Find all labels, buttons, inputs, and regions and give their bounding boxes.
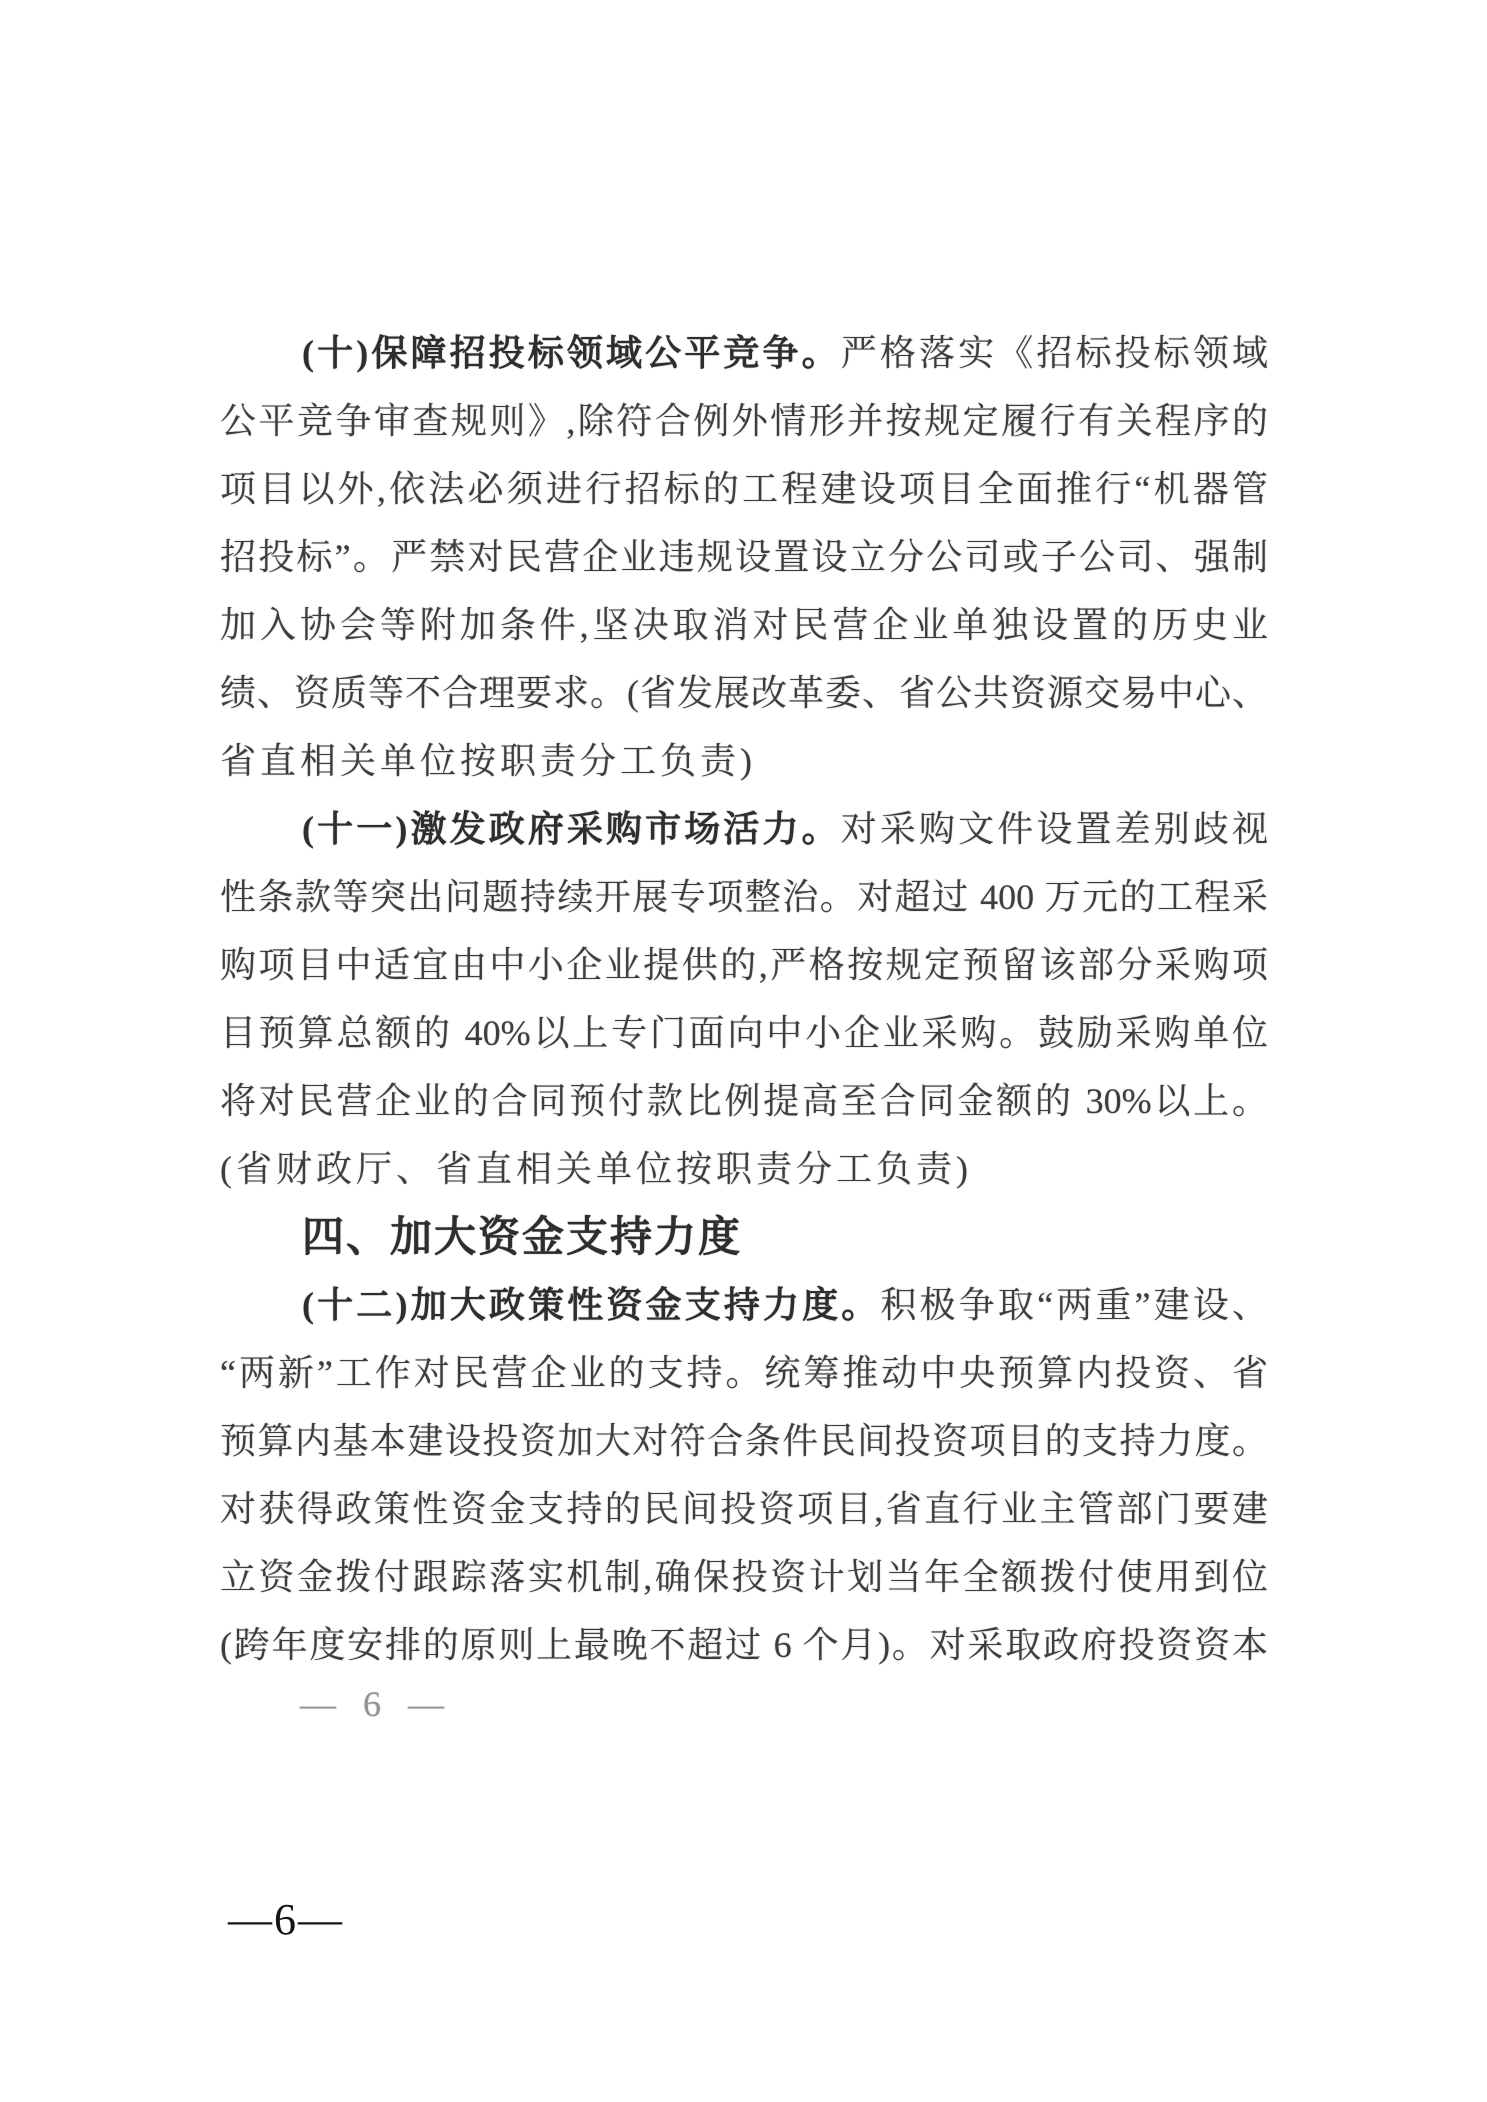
text-line: (十一)激发政府采购市场活力。对采购文件设置差别歧视: [220, 795, 1268, 863]
body-text: 招投标”。严禁对民营企业违规设置设立分公司或子公司、强制: [220, 537, 1268, 577]
section-heading: 四、加大资金支持力度: [220, 1203, 1268, 1271]
body-text: 将对民营企业的合同预付款比例提高至合同金额的 30%以上。: [220, 1081, 1268, 1121]
footer-page-number: —6—: [228, 1896, 344, 1944]
text-line: 加入协会等附加条件,坚决取消对民营企业单独设置的历史业: [220, 591, 1268, 659]
text-line: 绩、资质等不合理要求。(省发展改革委、省公共资源交易中心、: [220, 659, 1268, 727]
body-text: “两新”工作对民营企业的支持。统筹推动中央预算内投资、省: [220, 1353, 1268, 1393]
text-line: 预算内基本建设投资加大对符合条件民间投资项目的支持力度。: [220, 1407, 1268, 1475]
text-line: 公平竞争审查规则》,除符合例外情形并按规定履行有关程序的: [220, 387, 1268, 455]
text-block: (十)保障招投标领域公平竞争。严格落实《招标投标领域公平竞争审查规则》,除符合例…: [220, 319, 1268, 1679]
body-text: 省直相关单位按职责分工负责): [220, 741, 756, 781]
bold-lead-text: (十)保障招投标领域公平竞争。: [302, 333, 841, 373]
body-text: 公平竞争审查规则》,除符合例外情形并按规定履行有关程序的: [220, 401, 1268, 441]
body-text: 积极争取“两重”建设、: [880, 1285, 1268, 1325]
text-line: 目预算总额的 40%以上专门面向中小企业采购。鼓励采购单位: [220, 999, 1268, 1067]
text-line: 招投标”。严禁对民营企业违规设置设立分公司或子公司、强制: [220, 523, 1268, 591]
body-text: 对采购文件设置差别歧视: [841, 809, 1268, 849]
text-line: 立资金拨付跟踪落实机制,确保投资计划当年全额拨付使用到位: [220, 1543, 1268, 1611]
bold-lead-text: (十二)加大政策性资金支持力度。: [302, 1285, 880, 1325]
text-line: 项目以外,依法必须进行招标的工程建设项目全面推行“机器管: [220, 455, 1268, 523]
body-text: 严格落实《招标投标领域: [841, 333, 1268, 373]
body-text: (跨年度安排的原则上最晚不超过 6 个月)。对采取政府投资资本: [220, 1625, 1268, 1665]
text-line: (十二)加大政策性资金支持力度。积极争取“两重”建设、: [220, 1271, 1268, 1339]
body-text: 项目以外,依法必须进行招标的工程建设项目全面推行“机器管: [220, 469, 1268, 509]
text-line: 对获得政策性资金支持的民间投资项目,省直行业主管部门要建: [220, 1475, 1268, 1543]
body-text: 立资金拨付跟踪落实机制,确保投资计划当年全额拨付使用到位: [220, 1557, 1268, 1597]
scan-page-number: — 6 —: [300, 1684, 444, 1724]
body-text: 购项目中适宜由中小企业提供的,严格按规定预留该部分采购项: [220, 945, 1268, 985]
text-line: (十)保障招投标领域公平竞争。严格落实《招标投标领域: [220, 319, 1268, 387]
body-text: 性条款等突出问题持续开展专项整治。对超过 400 万元的工程采: [220, 877, 1268, 917]
text-line: (省财政厅、省直相关单位按职责分工负责): [220, 1135, 1268, 1203]
body-text: 预算内基本建设投资加大对符合条件民间投资项目的支持力度。: [220, 1421, 1268, 1461]
text-line: “两新”工作对民营企业的支持。统筹推动中央预算内投资、省: [220, 1339, 1268, 1407]
document-page: (十)保障招投标领域公平竞争。严格落实《招标投标领域公平竞争审查规则》,除符合例…: [0, 0, 1487, 2102]
bold-lead-text: 四、加大资金支持力度: [302, 1213, 742, 1260]
text-line: 省直相关单位按职责分工负责): [220, 727, 1268, 795]
body-text: 加入协会等附加条件,坚决取消对民营企业单独设置的历史业: [220, 605, 1268, 645]
text-line: 将对民营企业的合同预付款比例提高至合同金额的 30%以上。: [220, 1067, 1268, 1135]
body-text: 目预算总额的 40%以上专门面向中小企业采购。鼓励采购单位: [220, 1013, 1268, 1053]
body-text: 对获得政策性资金支持的民间投资项目,省直行业主管部门要建: [220, 1489, 1268, 1529]
text-line: 购项目中适宜由中小企业提供的,严格按规定预留该部分采购项: [220, 931, 1268, 999]
body-text: 绩、资质等不合理要求。(省发展改革委、省公共资源交易中心、: [220, 673, 1268, 713]
body-text: (省财政厅、省直相关单位按职责分工负责): [220, 1149, 972, 1189]
text-line: (跨年度安排的原则上最晚不超过 6 个月)。对采取政府投资资本: [220, 1611, 1268, 1679]
text-line: 性条款等突出问题持续开展专项整治。对超过 400 万元的工程采: [220, 863, 1268, 931]
bold-lead-text: (十一)激发政府采购市场活力。: [302, 809, 841, 849]
